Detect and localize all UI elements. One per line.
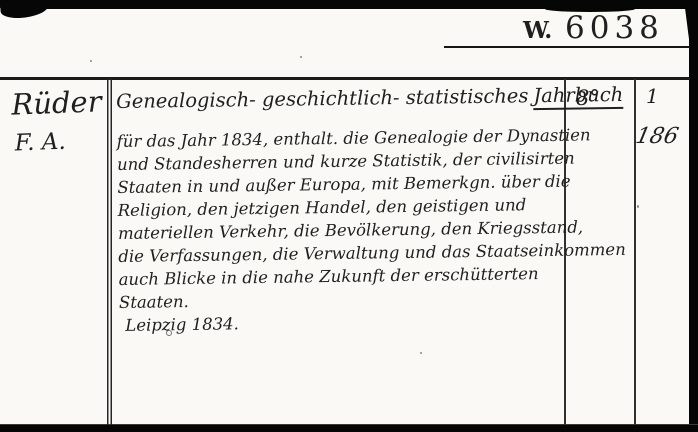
paper-speck — [300, 56, 302, 58]
entry-title-line: Genealogisch- geschichtlich- statistisch… — [116, 84, 579, 130]
author-column: Rüder F. A. — [11, 84, 103, 156]
entry-text: Genealogisch- geschichtlich- statistisch… — [116, 84, 581, 337]
accession-number: 6038 — [565, 10, 664, 46]
entry-title-prefix: Genealogisch- geschichtlich- statistisch… — [116, 84, 529, 113]
scan-edge-bottom — [0, 424, 698, 432]
paper-speck — [420, 352, 422, 354]
library-stamp-letter: W. — [523, 17, 551, 44]
author-name: Rüder — [11, 84, 102, 121]
header-rule — [0, 77, 690, 80]
author-initials: F. A. — [14, 127, 103, 156]
number-column-divider — [634, 79, 636, 425]
location-number-top: 1 — [646, 84, 659, 108]
scan-edge-top-blob — [0, 0, 49, 19]
stamp-underline — [444, 46, 690, 48]
paper-speck — [637, 205, 639, 208]
author-column-divider — [107, 79, 112, 425]
location-number-bottom: 186 — [633, 124, 680, 149]
catalog-card-scan: W. 6038 Rüder F. A. Genealogisch- geschi… — [0, 0, 698, 432]
paper-speck — [90, 60, 92, 62]
format-value: 8° — [576, 86, 600, 110]
scan-edge-right — [689, 0, 698, 432]
